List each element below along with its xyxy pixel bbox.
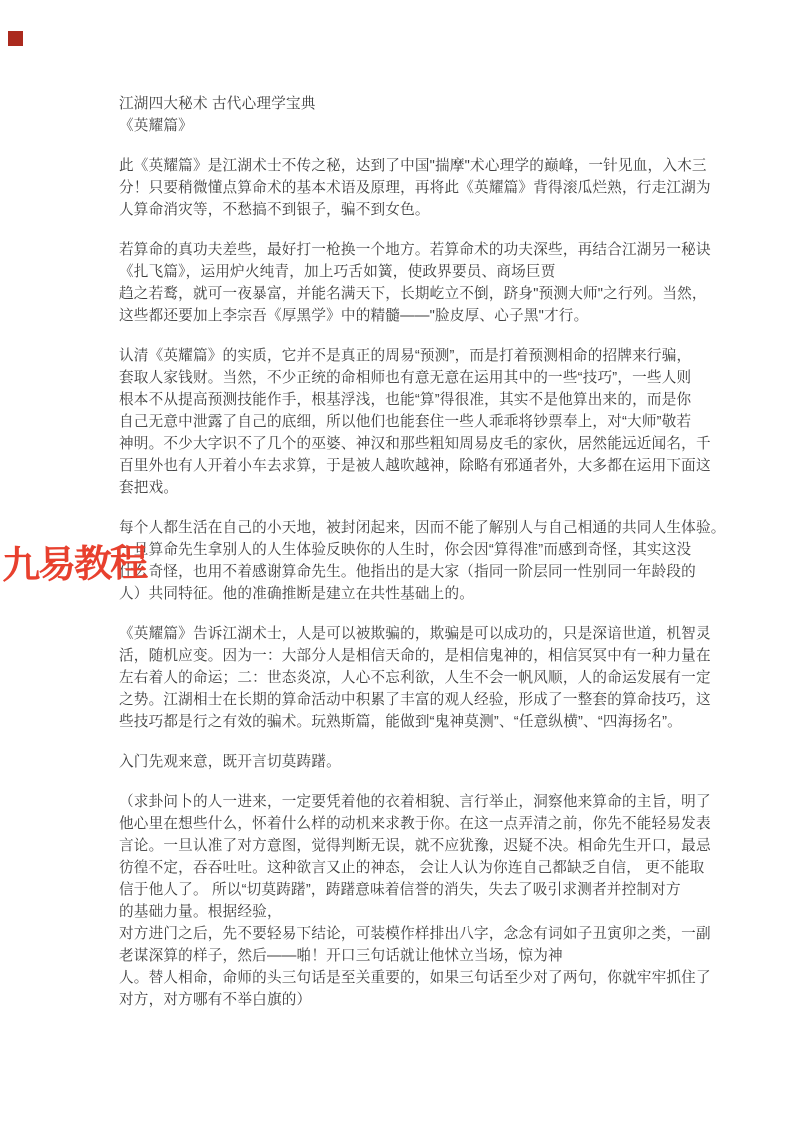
text-line: 之势。江湖相士在长期的算命活动中积累了丰富的观人经验，形成了一整套的算命技巧，这 <box>119 689 691 711</box>
watermark-text: 九易教程 <box>2 543 143 587</box>
text-line: 他心里在想些什么，怀着什么样的动机来求教于你。在这一点弄清之前，你先不能轻易发表 <box>119 813 691 835</box>
text-line: 神明。不少大字识不了几个的巫婆、神汉和那些粗知周易皮毛的家伙，居然能远近闻名，千 <box>119 433 691 455</box>
title: 江湖四大秘术 古代心理学宝典《英耀篇》 <box>119 93 691 137</box>
text-line: 对方进门之后，先不要轻易下结论，可装模作样排出八字，念念有词如子丑寅卯之类，一副 <box>119 923 691 945</box>
document-body: 江湖四大秘术 古代心理学宝典《英耀篇》此《英耀篇》是江湖术士不传之秘，达到了中国… <box>119 93 691 1011</box>
text-line: 分！只要稍微懂点算命术的基本术语及原理，再将此《英耀篇》背得滚瓜烂熟，行走江湖为 <box>119 177 691 199</box>
paragraph-4: 每个人都生活在自己的小天地，被封闭起来，因而不能了解别人与自己相通的共同人生体验… <box>119 517 691 605</box>
text-line: 自己无意中泄露了自己的底细，所以他们也能套住一些人乖乖将钞票奉上，对“大师”敬若 <box>119 411 691 433</box>
text-line: 百里外也有人开着小车去求算，于是被人越吹越神，除略有邪通者外，大多都在运用下面这 <box>119 455 691 477</box>
text-line: 《英耀篇》 <box>119 115 691 137</box>
paragraph-6: 入门先观来意，既开言切莫踌躇。 <box>119 751 691 773</box>
text-line: 的基础力量。根据经验， <box>119 901 691 923</box>
text-line: 对方，对方哪有不举白旗的） <box>119 989 691 1011</box>
paragraph-5: 《英耀篇》告诉江湖术士，人是可以被欺骗的，欺骗是可以成功的，只是深谙世道，机智灵… <box>119 623 691 733</box>
text-line: 此《英耀篇》是江湖术士不传之秘，达到了中国"揣摩"术心理学的巅峰，一针见血，入木… <box>119 155 691 177</box>
text-line: 趋之若鹜，就可一夜暴富，并能名满天下，长期屹立不倒，跻身"预测大师"之行列。当然… <box>119 283 691 305</box>
text-line: 套把戏。 <box>119 477 691 499</box>
paragraph-2: 若算命的真功夫差些，最好打一枪换一个地方。若算命术的功夫深些，再结合江湖另一秘诀… <box>119 239 691 327</box>
text-line: 《英耀篇》告诉江湖术士，人是可以被欺骗的，欺骗是可以成功的，只是深谙世道，机智灵 <box>119 623 691 645</box>
text-line: 若算命的真功夫差些，最好打一枪换一个地方。若算命术的功夫深些，再结合江湖另一秘诀 <box>119 239 691 261</box>
text-line: 《扎飞篇》，运用炉火纯青，加上巧舌如簧，使政界要员、商场巨贾 <box>119 261 691 283</box>
text-line: 根本不从提高预测技能作手，根基浮浅，也能“算”得很准，其实不是他算出来的，而是你 <box>119 389 691 411</box>
text-line: 言论。一旦认准了对方意图，觉得判断无误，就不应犹豫，迟疑不决。相命先生开口，最忌 <box>119 835 691 857</box>
text-line: 什么奇怪，也用不着感谢算命先生。他指出的是大家（指同一阶层同一性别同一年龄段的 <box>119 561 691 583</box>
text-line: 入门先观来意，既开言切莫踌躇。 <box>119 751 691 773</box>
text-line: 江湖四大秘术 古代心理学宝典 <box>119 93 691 115</box>
text-line: 活，随机应变。因为一：大部分人是相信天命的，是相信鬼神的，相信冥冥中有一种力量在 <box>119 645 691 667</box>
paragraph-1: 此《英耀篇》是江湖术士不传之秘，达到了中国"揣摩"术心理学的巅峰，一针见血，入木… <box>119 155 691 221</box>
text-line: 左右着人的命运；二：世态炎凉，人心不忘利欲，人生不会一帆风顺，人的命运发展有一定 <box>119 667 691 689</box>
text-line: 一旦算命先生拿别人的人生体验反映你的人生时，你会因“算得准”而感到奇怪，其实这没 <box>119 539 691 561</box>
text-line: 人。替人相命，命师的头三句话是至关重要的，如果三句话至少对了两句，你就牢牢抓住了 <box>119 967 691 989</box>
text-line: 每个人都生活在自己的小天地，被封闭起来，因而不能了解别人与自己相通的共同人生体验… <box>119 517 691 539</box>
text-line: 彷徨不定，吞吞吐吐。这种欲言又止的神态， 会让人认为你连自己都缺乏自信， 更不能… <box>119 857 691 879</box>
text-line: 人算命消灾等，不愁搞不到银子，骗不到女色。 <box>119 199 691 221</box>
text-line: （求卦问卜的人一进来，一定要凭着他的衣着相貌、言行举止，洞察他来算命的主旨，明了 <box>119 791 691 813</box>
paragraph-3: 认清《英耀篇》的实质，它并不是真正的周易“预测”，而是打着预测相命的招牌来行骗，… <box>119 345 691 499</box>
text-line: 这些都还要加上李宗吾《厚黑学》中的精髓——"脸皮厚、心子黑"才行。 <box>119 305 691 327</box>
text-line: 些技巧都是行之有效的骗术。玩熟斯篇，能做到“鬼神莫测”、“任意纵横”、“四海扬名… <box>119 711 691 733</box>
text-line: 人）共同特征。他的准确推断是建立在共性基础上的。 <box>119 583 691 605</box>
text-line: 信于他人了。 所以“切莫踌躇”，踌躇意味着信誉的消失，失去了吸引求测者并控制对方 <box>119 879 691 901</box>
red-corner-mark <box>8 31 23 46</box>
text-line: 认清《英耀篇》的实质，它并不是真正的周易“预测”，而是打着预测相命的招牌来行骗， <box>119 345 691 367</box>
paragraph-7: （求卦问卜的人一进来，一定要凭着他的衣着相貌、言行举止，洞察他来算命的主旨，明了… <box>119 791 691 1011</box>
text-line: 老谋深算的样子，然后——啪！开口三句话就让他怵立当场，惊为神 <box>119 945 691 967</box>
text-line: 套取人家钱财。当然，不少正统的命相师也有意无意在运用其中的一些“技巧”，一些人则 <box>119 367 691 389</box>
document-page: 九易教程 江湖四大秘术 古代心理学宝典《英耀篇》此《英耀篇》是江湖术士不传之秘，… <box>0 0 793 1121</box>
